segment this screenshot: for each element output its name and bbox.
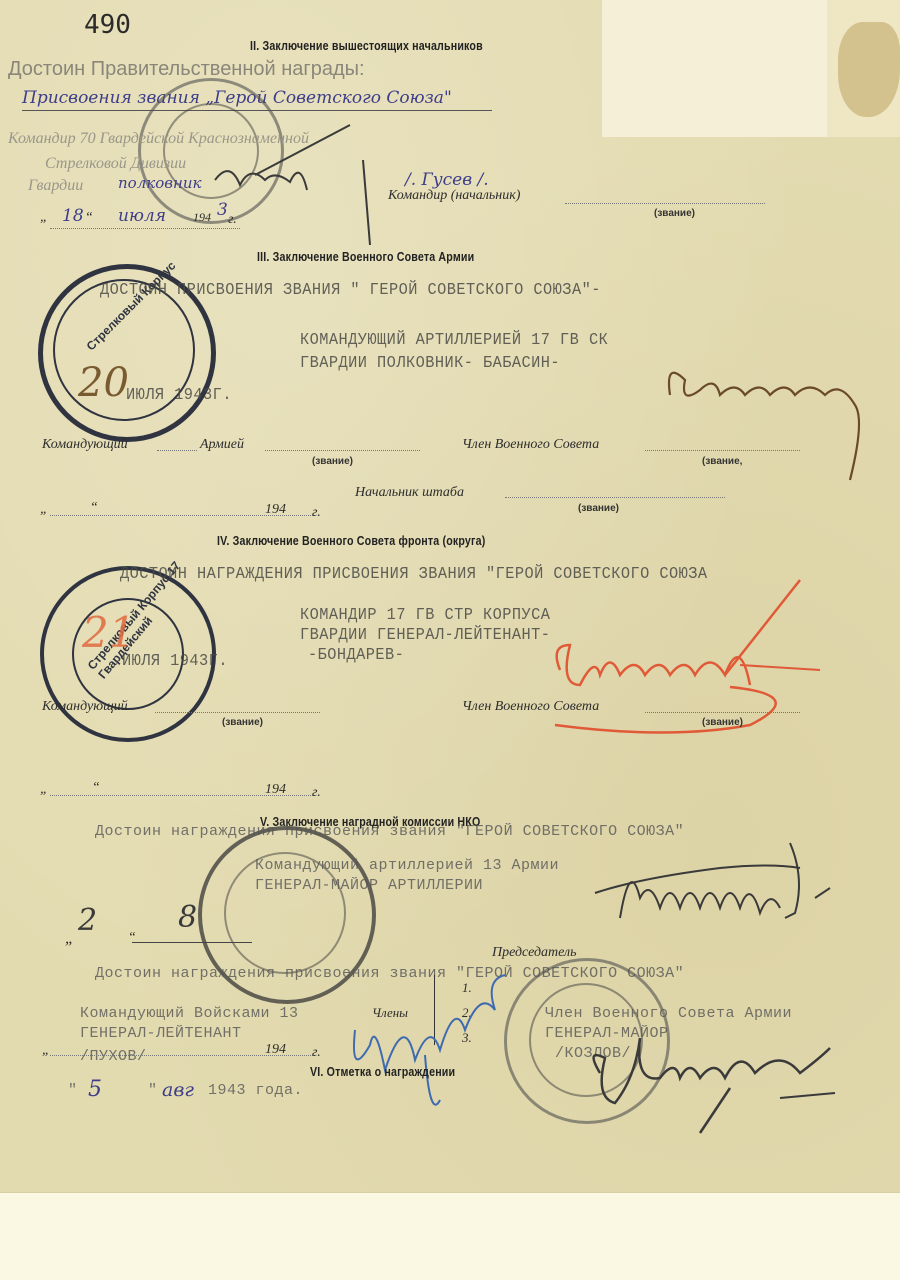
signature-section5-2 — [345, 970, 515, 1120]
signature-section2 — [195, 120, 375, 250]
section2-commander-label: Командир (начальник) — [388, 188, 520, 204]
section4-commander-label: Командующий — [42, 699, 128, 715]
section3-army-label: Армией — [200, 437, 244, 453]
page-number: 490 — [84, 10, 131, 40]
section3-council-rank-label: (звание, — [702, 456, 742, 467]
section3-typed-line1: Достоин присвоения звания " ГЕРОЙ СОВЕТС… — [100, 281, 601, 300]
section6-date-typed: 1943 года. — [208, 1082, 303, 1099]
section2-rank-hand: полковник — [118, 174, 201, 192]
section3-typed-line3: ГВАРДИИ ПОЛКОВНИК- БАБАСИН- — [300, 354, 560, 373]
signature-section3 — [660, 350, 880, 490]
section4-rank-label: (звание) — [222, 717, 263, 728]
section4-date-day-hand: 21 — [82, 608, 135, 657]
section2-stamp-guards: Гвардии — [28, 177, 83, 195]
section3-typed-line2: КОМАНДУЮЩИЙ АРТИЛЛЕРИЕЙ 17 ГВ СК — [300, 331, 608, 350]
section3-commander-label: Командующий — [42, 437, 128, 453]
section2-stamp-line: Достоин Правительственной награды: — [8, 58, 365, 81]
section2-date-g: г. — [228, 212, 237, 228]
section4-council-rank-label: (звание) — [702, 717, 743, 728]
section5-date-g: г. — [312, 1045, 321, 1061]
section4-date-g: г. — [312, 785, 321, 801]
signature-section4 — [550, 575, 840, 745]
section5-chairman-label: Председатель — [492, 945, 577, 961]
section4-date-year: 194 — [265, 782, 286, 798]
section3-date-year: 194 — [265, 502, 286, 518]
section6-date-day-hand: 5 — [88, 1077, 102, 1102]
section3-date-g: г. — [312, 505, 321, 521]
section3-chief-label: Начальник штаба — [355, 485, 464, 501]
section5-typed-line6: ГЕНЕРАЛ-ЛЕЙТЕНАНТ — [80, 1025, 242, 1042]
section3-rank-label: (звание) — [312, 456, 353, 467]
section4-date-typed: Июля 1943г. — [122, 652, 228, 671]
section3-chief-rank-label: (звание) — [578, 503, 619, 514]
section3-heading: III. Заключение Военного Совета Армии — [257, 249, 474, 264]
signature-section5-1 — [590, 838, 840, 938]
section6-heading: VI. Отметка о награждении — [310, 1064, 455, 1079]
section6-date-month-hand: авг — [162, 1079, 194, 1101]
section2-signature-name: /. Гусев /. — [405, 170, 489, 190]
section3-council-label: Член Военного Совета — [462, 437, 599, 453]
backing-paper — [0, 1192, 900, 1280]
stain — [838, 22, 900, 117]
section5-date-month-hand: 8 — [178, 900, 197, 935]
section2-date-year: 194 — [193, 210, 211, 225]
section5-typed-line2: Командующий артиллерией 13 Армии — [255, 857, 559, 874]
section5-date-day-hand: 2 — [78, 903, 97, 938]
section4-heading: IV. Заключение Военного Совета фронта (о… — [217, 533, 485, 548]
section5-typed-line7: /ПУХОВ/ — [80, 1048, 147, 1065]
section3-date-day-hand: 20 — [78, 360, 129, 406]
section3-date-typed: Июля 1943г. — [126, 386, 232, 405]
section4-typed-line4: -БОНДАРЕВ- — [308, 646, 404, 665]
section2-date-year-suffix: 3 — [217, 200, 228, 220]
section5-date-year: 194 — [265, 1042, 286, 1058]
signature-section5-3 — [580, 1008, 860, 1138]
paper-patch — [602, 0, 827, 137]
section4-typed-line3: ГВАРДИИ ГЕНЕРАЛ-ЛЕЙТЕНАНТ- — [300, 626, 550, 645]
section4-council-label: Член Военного Совета — [462, 699, 599, 715]
section4-typed-line2: КОМАНДИР 17 ГВ СТР КОРПУСА — [300, 606, 550, 625]
section5-typed-line5: Командующий Войсками 13 — [80, 1005, 299, 1022]
section2-stamp-division: Стрелковой Дивизии — [45, 155, 186, 173]
section2-date-day: 18 — [62, 206, 84, 226]
section5-typed-line3: ГЕНЕРАЛ-МАЙОР АРТИЛЛЕРИИ — [255, 877, 483, 894]
section2-heading: II. Заключение вышестоящих начальников — [250, 38, 483, 53]
section2-date-month: июля — [118, 206, 166, 226]
section2-rank-label: (звание) — [654, 208, 695, 219]
